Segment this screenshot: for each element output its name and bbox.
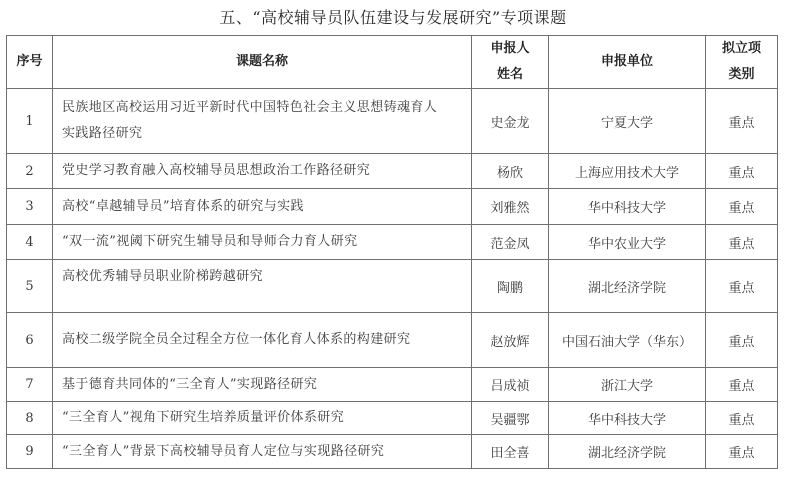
table-row: 2 党史学习教育融入高校辅导员思想政治工作路径研究 杨欣 上海应用技术大学 重点 bbox=[7, 154, 778, 189]
header-category-line2: 类别 bbox=[706, 62, 777, 88]
cell-applicant: 杨欣 bbox=[472, 154, 549, 189]
cell-seq: 9 bbox=[7, 435, 53, 469]
cell-unit: 上海应用技术大学 bbox=[549, 154, 706, 189]
cell-category: 重点 bbox=[706, 154, 778, 189]
cell-unit: 华中农业大学 bbox=[549, 225, 706, 260]
table-row: 6 高校二级学院全员全过程全方位一体化育人体系的构建研究 赵放辉 中国石油大学（… bbox=[7, 313, 778, 368]
cell-unit: 宁夏大学 bbox=[549, 89, 706, 154]
cell-applicant: 刘雅然 bbox=[472, 189, 549, 225]
cell-applicant: 陶鹏 bbox=[472, 260, 549, 313]
cell-unit: 湖北经济学院 bbox=[549, 435, 706, 469]
cell-applicant: 田全喜 bbox=[472, 435, 549, 469]
table-row: 9 “三全育人”背景下高校辅导员育人定位与实现路径研究 田全喜 湖北经济学院 重… bbox=[7, 435, 778, 469]
cell-applicant: 吕成祯 bbox=[472, 368, 549, 402]
cell-category: 重点 bbox=[706, 313, 778, 368]
cell-seq: 5 bbox=[7, 260, 53, 313]
cell-category: 重点 bbox=[706, 89, 778, 154]
cell-topic-line1: 民族地区高校运用习近平新时代中国特色社会主义思想铸魂育人 bbox=[62, 95, 465, 121]
header-applicant-line1: 申报人 bbox=[472, 36, 548, 62]
header-unit: 申报单位 bbox=[549, 36, 706, 89]
cell-seq: 6 bbox=[7, 313, 53, 368]
cell-seq: 4 bbox=[7, 225, 53, 260]
header-category: 拟立项 类别 bbox=[706, 36, 778, 89]
cell-applicant: 吴疆鄂 bbox=[472, 402, 549, 435]
table-row: 7 基于德育共同体的“三全育人”实现路径研究 吕成祯 浙江大学 重点 bbox=[7, 368, 778, 402]
cell-topic: “双一流”视阈下研究生辅导员和导师合力育人研究 bbox=[53, 225, 472, 260]
cell-category: 重点 bbox=[706, 260, 778, 313]
table-row: 1 民族地区高校运用习近平新时代中国特色社会主义思想铸魂育人 实践路径研究 史金… bbox=[7, 89, 778, 154]
table-row: 5 高校优秀辅导员职业阶梯跨越研究 陶鹏 湖北经济学院 重点 bbox=[7, 260, 778, 313]
table-row: 4 “双一流”视阈下研究生辅导员和导师合力育人研究 范金凤 华中农业大学 重点 bbox=[7, 225, 778, 260]
cell-topic: 党史学习教育融入高校辅导员思想政治工作路径研究 bbox=[53, 154, 472, 189]
cell-topic-line2: 实践路径研究 bbox=[62, 121, 465, 147]
cell-seq: 7 bbox=[7, 368, 53, 402]
cell-seq: 8 bbox=[7, 402, 53, 435]
cell-applicant: 赵放辉 bbox=[472, 313, 549, 368]
cell-category: 重点 bbox=[706, 225, 778, 260]
header-seq: 序号 bbox=[7, 36, 53, 89]
cell-topic: 高校优秀辅导员职业阶梯跨越研究 bbox=[53, 260, 472, 313]
cell-applicant: 范金凤 bbox=[472, 225, 549, 260]
cell-category: 重点 bbox=[706, 402, 778, 435]
header-topic: 课题名称 bbox=[53, 36, 472, 89]
section-title: 五、“高校辅导员队伍建设与发展研究”专项课题 bbox=[0, 8, 786, 28]
cell-seq: 1 bbox=[7, 89, 53, 154]
cell-seq: 3 bbox=[7, 189, 53, 225]
header-category-line1: 拟立项 bbox=[706, 36, 777, 62]
cell-category: 重点 bbox=[706, 189, 778, 225]
cell-unit: 华中科技大学 bbox=[549, 189, 706, 225]
topics-table: 序号 课题名称 申报人 姓名 申报单位 拟立项 类别 1 民族地区高校运用习近平… bbox=[6, 35, 778, 469]
cell-unit: 浙江大学 bbox=[549, 368, 706, 402]
header-applicant: 申报人 姓名 bbox=[472, 36, 549, 89]
cell-topic: “三全育人”视角下研究生培养质量评价体系研究 bbox=[53, 402, 472, 435]
cell-topic: 高校二级学院全员全过程全方位一体化育人体系的构建研究 bbox=[53, 313, 472, 368]
cell-category: 重点 bbox=[706, 368, 778, 402]
cell-unit: 华中科技大学 bbox=[549, 402, 706, 435]
header-applicant-line2: 姓名 bbox=[472, 62, 548, 88]
table-row: 8 “三全育人”视角下研究生培养质量评价体系研究 吴疆鄂 华中科技大学 重点 bbox=[7, 402, 778, 435]
cell-topic: “三全育人”背景下高校辅导员育人定位与实现路径研究 bbox=[53, 435, 472, 469]
cell-seq: 2 bbox=[7, 154, 53, 189]
cell-topic: 高校“卓越辅导员”培育体系的研究与实践 bbox=[53, 189, 472, 225]
table-header-row: 序号 课题名称 申报人 姓名 申报单位 拟立项 类别 bbox=[7, 36, 778, 89]
table-row: 3 高校“卓越辅导员”培育体系的研究与实践 刘雅然 华中科技大学 重点 bbox=[7, 189, 778, 225]
cell-topic: 基于德育共同体的“三全育人”实现路径研究 bbox=[53, 368, 472, 402]
cell-unit: 中国石油大学（华东） bbox=[549, 313, 706, 368]
cell-unit: 湖北经济学院 bbox=[549, 260, 706, 313]
cell-applicant: 史金龙 bbox=[472, 89, 549, 154]
cell-topic: 民族地区高校运用习近平新时代中国特色社会主义思想铸魂育人 实践路径研究 bbox=[53, 89, 472, 154]
cell-category: 重点 bbox=[706, 435, 778, 469]
